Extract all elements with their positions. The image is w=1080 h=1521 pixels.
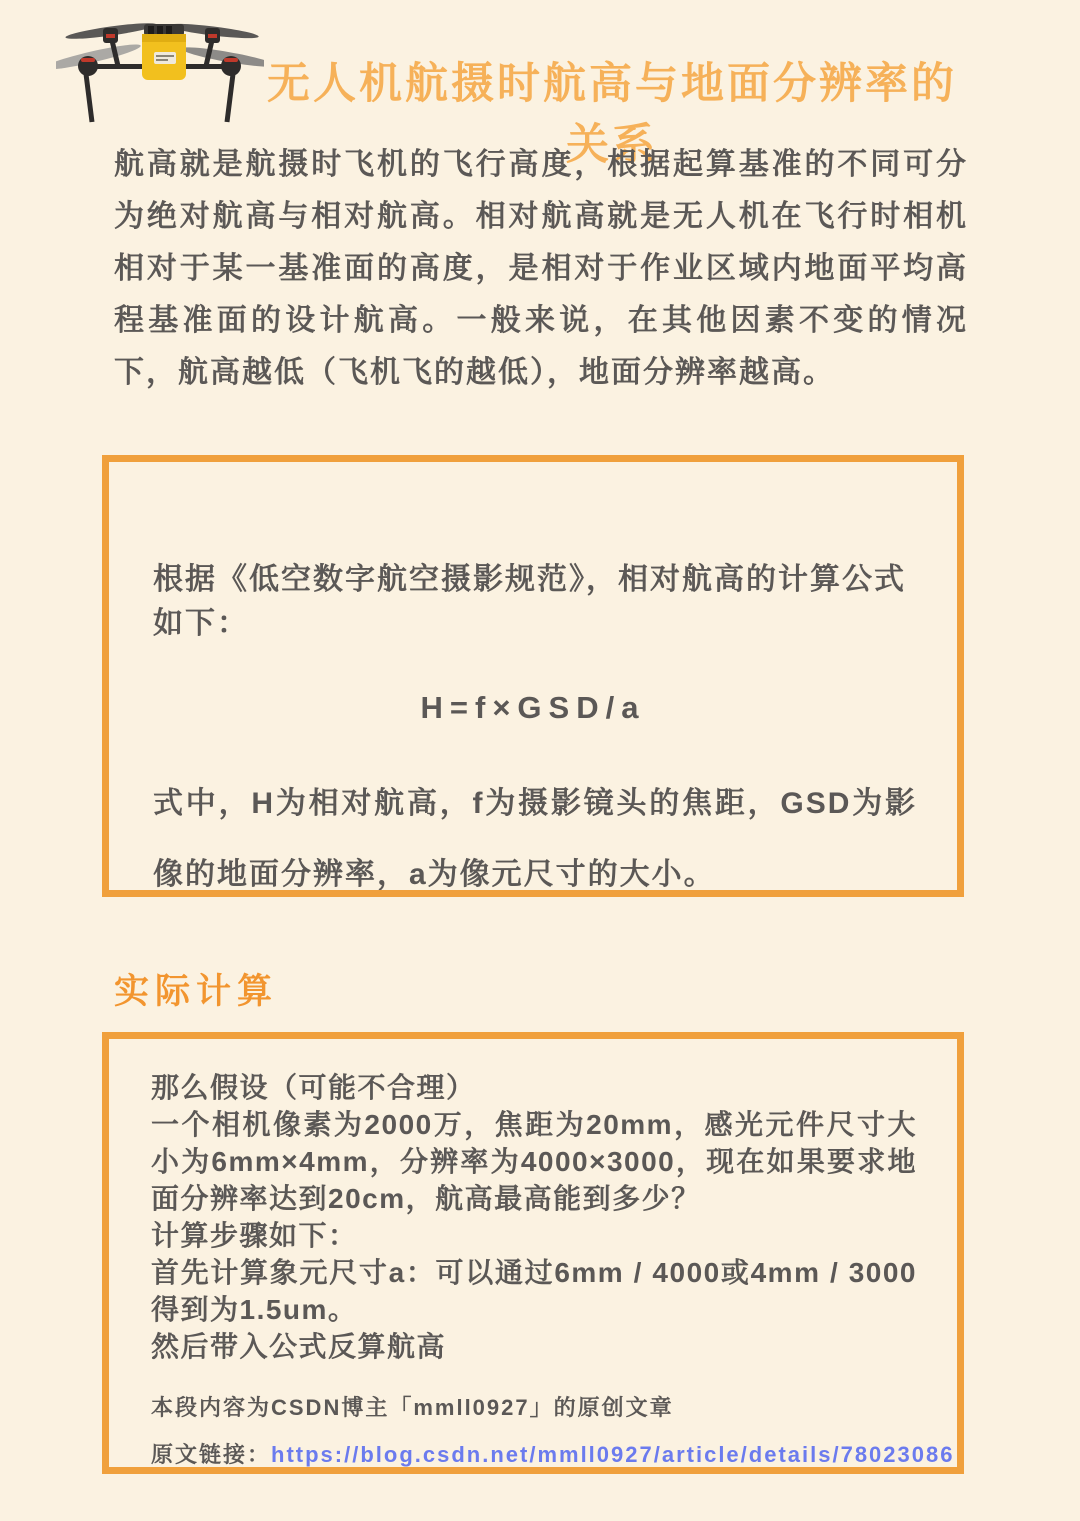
calc-line: 计算步骤如下： — [151, 1217, 917, 1254]
source-link-label: 原文链接： — [151, 1442, 271, 1467]
intro-paragraph: 航高就是航摄时飞机的飞行高度，根据起算基准的不同可分为绝对航高与相对航高。相对航… — [114, 139, 968, 399]
section-heading-actual-calculation: 实际计算 — [114, 964, 278, 1014]
formula-text: H=f×GSD/a — [109, 690, 957, 726]
source-link[interactable]: https://blog.csdn.net/mmll0927/article/d… — [271, 1442, 954, 1467]
calculation-text: 那么假设（可能不合理） 一个相机像素为2000万，焦距为20mm，感光元件尺寸大… — [109, 1039, 957, 1365]
calc-line: 然后带入公式反算航高 — [151, 1328, 917, 1365]
calculation-box: 那么假设（可能不合理） 一个相机像素为2000万，焦距为20mm，感光元件尺寸大… — [102, 1032, 964, 1474]
calc-line: 那么假设（可能不合理） — [151, 1069, 917, 1106]
formula-box-intro: 根据《低空数字航空摄影规范》，相对航高的计算公式如下： — [109, 462, 957, 646]
drone-icon — [56, 10, 264, 128]
article-page: 无人机航摄时航高与地面分辨率的关系 航高就是航摄时飞机的飞行高度，根据起算基准的… — [0, 0, 1080, 1521]
attribution-text: 本段内容为CSDN博主「mmll0927」的原创文章 — [109, 1365, 957, 1422]
formula-box: 根据《低空数字航空摄影规范》，相对航高的计算公式如下： H=f×GSD/a 式中… — [102, 455, 964, 897]
calc-line: 一个相机像素为2000万，焦距为20mm，感光元件尺寸大小为6mm×4mm，分辨… — [151, 1106, 917, 1217]
source-row: 原文链接：https://blog.csdn.net/mmll0927/arti… — [109, 1422, 957, 1469]
calc-line: 首先计算象元尺寸a：可以通过6mm / 4000或4mm / 3000得到为1.… — [151, 1254, 917, 1328]
formula-explanation: 式中，H为相对航高，f为摄影镜头的焦距，GSD为影像的地面分辨率，a为像元尺寸的… — [109, 768, 957, 897]
